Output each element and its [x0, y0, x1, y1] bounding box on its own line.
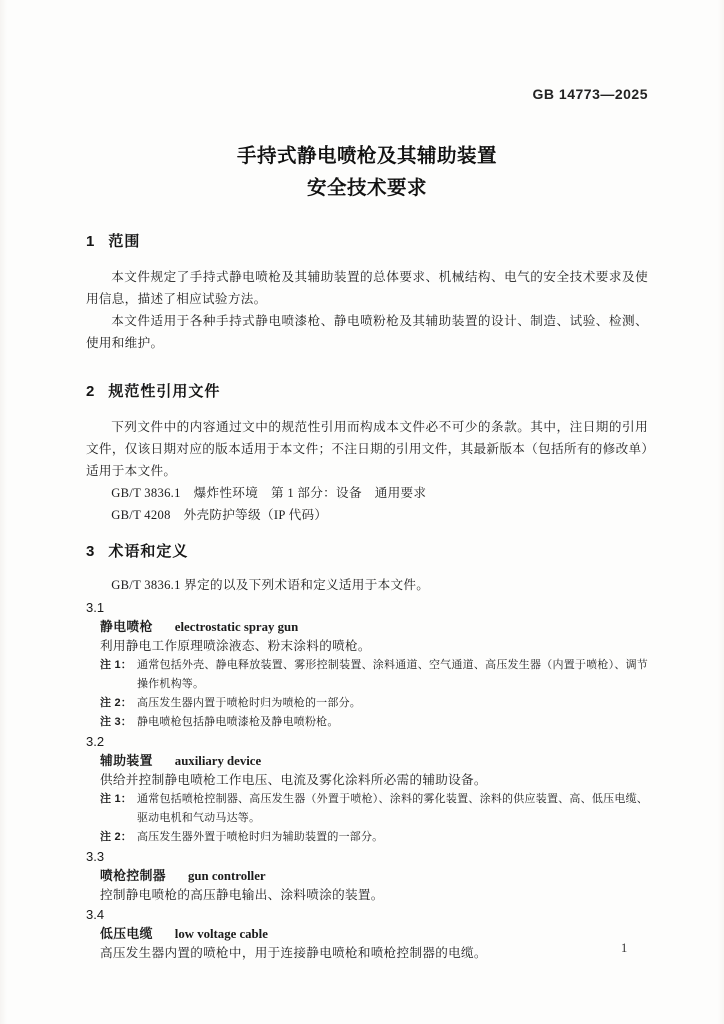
section-number: 1 — [86, 232, 94, 252]
normative-reference: GB/T 4208 外壳防护等级（IP 代码） — [86, 504, 648, 526]
term-definition: 高压发生器内置的喷枪中，用于连接静电喷枪和喷枪控制器的电缆。 — [86, 944, 648, 963]
paragraph: 本文件适用于各种手持式静电喷漆枪、静电喷粉枪及其辅助装置的设计、制造、试验、检测… — [86, 310, 648, 354]
section-title: 术语和定义 — [108, 542, 188, 562]
term-note: 注 2： 高压发生器内置于喷枪时归为喷枪的一部分。 — [86, 694, 648, 713]
standard-code: GB 14773—2025 — [86, 86, 648, 102]
section-title: 范围 — [108, 232, 140, 252]
term-title-zh: 静电喷枪 — [100, 619, 153, 634]
terms-list: 3.1 静电喷枪electrostatic spray gun 利用静电工作原理… — [86, 598, 648, 963]
term-title-en: gun controller — [188, 869, 266, 883]
document-title: 手持式静电喷枪及其辅助装置 安全技术要求 — [86, 140, 648, 204]
term-title: 低压电缆low voltage cable — [86, 924, 648, 944]
note-label: 注 1： — [100, 790, 132, 828]
note-label: 注 2： — [100, 694, 132, 713]
term-title-zh: 辅助装置 — [100, 753, 153, 768]
note-label: 注 2： — [100, 828, 132, 847]
term-number: 3.1 — [86, 598, 648, 617]
term-title-en: low voltage cable — [175, 927, 268, 941]
note-text: 静电喷枪包括静电喷漆枪及静电喷粉枪。 — [137, 713, 339, 732]
term-title-en: electrostatic spray gun — [175, 620, 298, 634]
term-title: 辅助装置auxiliary device — [86, 751, 648, 771]
term-entry: 3.1 静电喷枪electrostatic spray gun 利用静电工作原理… — [86, 598, 648, 732]
section-title: 规范性引用文件 — [108, 382, 220, 402]
term-number: 3.3 — [86, 847, 648, 866]
note-text: 高压发生器外置于喷枪时归为辅助装置的一部分。 — [137, 828, 383, 847]
term-title-en: auxiliary device — [175, 754, 261, 768]
term-title-zh: 低压电缆 — [100, 926, 153, 941]
title-line-1: 手持式静电喷枪及其辅助装置 — [86, 140, 648, 172]
term-title: 喷枪控制器gun controller — [86, 866, 648, 886]
document-page: GB 14773—2025 手持式静电喷枪及其辅助装置 安全技术要求 1 范围 … — [0, 0, 724, 1024]
term-title-zh: 喷枪控制器 — [100, 868, 166, 883]
paragraph: 本文件规定了手持式静电喷枪及其辅助装置的总体要求、机械结构、电气的安全技术要求及… — [86, 266, 648, 310]
note-text: 高压发生器内置于喷枪时归为喷枪的一部分。 — [137, 694, 361, 713]
section-number: 3 — [86, 542, 94, 562]
page-content: GB 14773—2025 手持式静电喷枪及其辅助装置 安全技术要求 1 范围 … — [86, 86, 648, 963]
section-1-heading: 1 范围 — [86, 232, 648, 252]
normative-reference: GB/T 3836.1 爆炸性环境 第 1 部分：设备 通用要求 — [86, 482, 648, 504]
term-note: 注 3： 静电喷枪包括静电喷漆枪及静电喷粉枪。 — [86, 713, 648, 732]
term-title: 静电喷枪electrostatic spray gun — [86, 617, 648, 637]
term-entry: 3.3 喷枪控制器gun controller 控制静电喷枪的高压静电输出、涂料… — [86, 847, 648, 905]
note-text: 通常包括外壳、静电释放装置、雾形控制装置、涂料通道、空气通道、高压发生器（内置于… — [137, 656, 648, 694]
term-note: 注 1： 通常包括外壳、静电释放装置、雾形控制装置、涂料通道、空气通道、高压发生… — [86, 656, 648, 694]
term-number: 3.2 — [86, 732, 648, 751]
paragraph: GB/T 3836.1 界定的以及下列术语和定义适用于本文件。 — [86, 574, 648, 596]
note-label: 注 1： — [100, 656, 132, 694]
term-entry: 3.2 辅助装置auxiliary device 供给并控制静电喷枪工作电压、电… — [86, 732, 648, 847]
term-number: 3.4 — [86, 905, 648, 924]
title-line-2: 安全技术要求 — [86, 172, 648, 204]
section-3-heading: 3 术语和定义 — [86, 542, 648, 562]
note-label: 注 3： — [100, 713, 132, 732]
term-definition: 控制静电喷枪的高压静电输出、涂料喷涂的装置。 — [86, 886, 648, 905]
section-2-heading: 2 规范性引用文件 — [86, 382, 648, 402]
page-number: 1 — [621, 940, 627, 956]
section-number: 2 — [86, 382, 94, 402]
term-entry: 3.4 低压电缆low voltage cable 高压发生器内置的喷枪中，用于… — [86, 905, 648, 963]
note-text: 通常包括喷枪控制器、高压发生器（外置于喷枪）、涂料的雾化装置、涂料的供应装置、高… — [137, 790, 648, 828]
term-note: 注 1： 通常包括喷枪控制器、高压发生器（外置于喷枪）、涂料的雾化装置、涂料的供… — [86, 790, 648, 828]
term-note: 注 2： 高压发生器外置于喷枪时归为辅助装置的一部分。 — [86, 828, 648, 847]
term-definition: 利用静电工作原理喷涂液态、粉末涂料的喷枪。 — [86, 637, 648, 656]
term-definition: 供给并控制静电喷枪工作电压、电流及雾化涂料所必需的辅助设备。 — [86, 771, 648, 790]
paragraph: 下列文件中的内容通过文中的规范性引用而构成本文件必不可少的条款。其中，注日期的引… — [86, 416, 648, 482]
